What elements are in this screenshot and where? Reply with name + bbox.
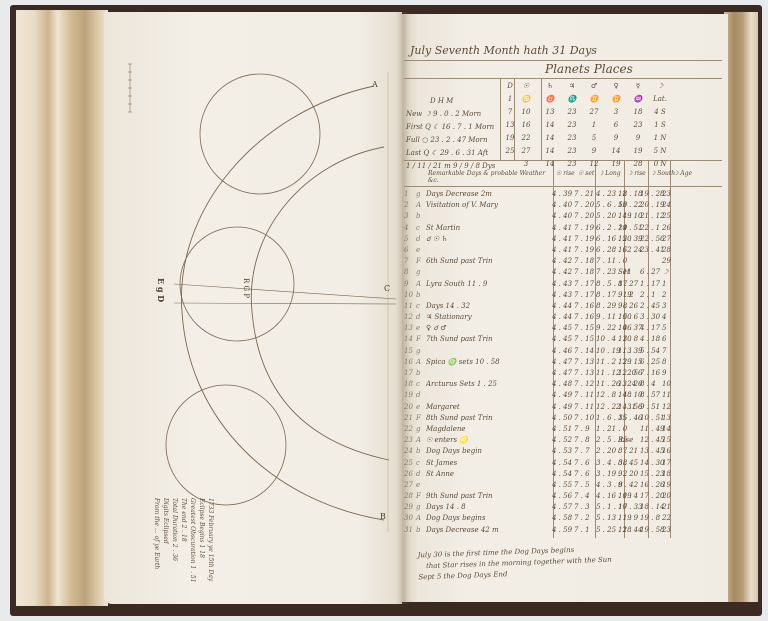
- calendar-value: 9 . 20: [618, 470, 640, 481]
- calendar-value: 1 . 21 . 0: [596, 425, 618, 436]
- calendar-value: 4 . 50: [552, 414, 574, 425]
- day-number: 18: [404, 380, 416, 391]
- day-number: 5: [404, 235, 416, 246]
- dominical-letter: e: [416, 403, 426, 414]
- calendar-value: 11 . 39: [618, 347, 640, 358]
- calendar-value: 2 . 1: [640, 291, 662, 302]
- calendar-value: 4 . 57: [552, 503, 574, 514]
- event-text: [426, 246, 552, 257]
- day-number: 31: [404, 526, 416, 537]
- calendar-value: 6 . 27: [640, 268, 662, 279]
- dominical-letter: e: [416, 481, 426, 492]
- calendar-value: 16 . 24: [618, 246, 640, 257]
- dominical-letter: g: [416, 268, 426, 279]
- calendar-value: 7 . 6: [574, 470, 596, 481]
- day-number: 20: [404, 403, 416, 414]
- dominical-letter: c: [416, 459, 426, 470]
- dominical-letter: F: [416, 335, 426, 346]
- calendar-value: 9 . 51: [640, 403, 662, 414]
- calendar-row: 21F8th Sund past Trin4 . 507 . 101 . 6 .…: [404, 414, 714, 425]
- calendar-row: 8g4 . 427 . 187 . 23 . 11Set6 . 27☽: [404, 268, 714, 279]
- planet-cell: 14: [540, 119, 560, 132]
- calendar-value: 26: [662, 224, 684, 235]
- calendar-value: 4 . 42: [552, 268, 574, 279]
- calendar-value: 3 . 30: [640, 313, 662, 324]
- calendar-value: 10: [662, 380, 684, 391]
- calendar-value: 4 . 16 . 19: [596, 492, 618, 503]
- day-number: 14: [404, 335, 416, 346]
- zodiac-sign-icon: ♊: [584, 93, 604, 106]
- calendar-value: 17: [662, 459, 684, 470]
- day-number: 3: [404, 212, 416, 223]
- calendar-value: 8 . 5 . 17: [596, 280, 618, 291]
- calendar-value: 14 . 51: [618, 224, 640, 235]
- calendar-column-header: ☉ set: [578, 170, 594, 177]
- event-text: Lyra South 11 . 9: [426, 280, 552, 291]
- diagram-label-rgp: R G P: [242, 278, 250, 298]
- calendar-row: 24bDog Days begin4 . 537 . 72 . 20 . 78 …: [404, 447, 714, 458]
- eclipse-note-line: The end 2 . 18: [179, 498, 188, 608]
- calendar-value: 9: [662, 369, 684, 380]
- calendar-row: 28F9th Sund past Trin4 . 567 . 44 . 16 .…: [404, 492, 714, 503]
- dominical-letter: F: [416, 257, 426, 268]
- calendar-row: 9ALyra South 11 . 94 . 437 . 178 . 5 . 1…: [404, 280, 714, 291]
- calendar-value: 9 . 26: [618, 302, 640, 313]
- calendar-value: 13 . 45: [640, 447, 662, 458]
- calendar-value: 10 . 6: [618, 313, 640, 324]
- dominical-letter: b: [416, 291, 426, 302]
- rule: [404, 60, 722, 61]
- planet-cell: 5 N: [650, 145, 670, 158]
- planet-symbol-icon: ☉: [516, 80, 536, 93]
- calendar-value: 4 . 54: [552, 459, 574, 470]
- calendar-row: 4cSt Martin4 . 417 . 196 . 2 . 2914 . 51…: [404, 224, 714, 235]
- rule: [404, 78, 722, 79]
- calendar-value: 15 . 39: [618, 235, 640, 246]
- planet-cell: 1 N: [650, 132, 670, 145]
- dominical-letter: c: [416, 224, 426, 235]
- day-number: 23: [404, 436, 416, 447]
- day-number: 19: [404, 391, 416, 402]
- calendar-value: 3: [662, 302, 684, 313]
- diagram-label-a: A: [372, 80, 378, 89]
- calendar-row: 16ASpica ♍ sets 10 . 584 . 477 . 1311 . …: [404, 358, 714, 369]
- calendar-value: 4 . 54: [552, 470, 574, 481]
- planet-symbol-icon: ☽ Lat.: [650, 80, 670, 106]
- planet-cell: 16: [516, 119, 536, 132]
- eclipse-notes: 1733 February ye 15th Day Eclipse Begins…: [152, 498, 215, 608]
- calendar-value: 10 . 33: [618, 503, 640, 514]
- calendar-value: 4 . 23 . 8: [596, 190, 618, 201]
- calendar-value: 10 . 19 . 3: [596, 347, 618, 358]
- planet-symbol-icon: ♂: [584, 80, 604, 93]
- calendar-value: 4 . 39: [552, 190, 574, 201]
- calendar-value: 7 . 21: [574, 190, 596, 201]
- calendar-value: 8 . 17 . 19: [596, 291, 618, 302]
- calendar-value: 7 . 4: [574, 492, 596, 503]
- calendar-value: 8 . 4: [640, 380, 662, 391]
- event-text: Days Decrease 2m: [426, 190, 552, 201]
- calendar-value: 8 . 21: [618, 447, 640, 458]
- calendar-value: 7 . 18: [574, 257, 596, 268]
- zodiac-sign-icon: ♒: [628, 93, 648, 106]
- calendar-row: 18cArcturus Sets 1 . 254 . 487 . 1211 . …: [404, 380, 714, 391]
- day-number: 13: [404, 324, 416, 335]
- calendar-value: 13 . 26: [618, 380, 640, 391]
- event-text: St James: [426, 459, 552, 470]
- planet-cell: 14: [606, 145, 626, 158]
- dominical-letter: F: [416, 492, 426, 503]
- calendar-value: 2: [662, 291, 684, 302]
- calendar-value: 1: [662, 280, 684, 291]
- eclipse-note-line: Digits Eclipsed: [161, 498, 170, 608]
- calendar-column-header: ☽ Age: [673, 170, 692, 177]
- calendar-value: 4 . 48: [552, 380, 574, 391]
- event-text: Dog Days begins: [426, 514, 552, 525]
- calendar-value: 21: [662, 503, 684, 514]
- calendar-value: 4 . 43: [552, 291, 574, 302]
- eclipse-note-line: Greatest Obscuration 1 . 51: [188, 498, 197, 608]
- calendar-value: 2 . 45: [640, 302, 662, 313]
- diagram-label-egd: E g D: [156, 278, 166, 302]
- calendar-row: 27e4 . 557 . 54 . 3 . 89 . 4216 . 2619: [404, 481, 714, 492]
- calendar-value: 7 . 11 . 0: [596, 257, 618, 268]
- planets-places-heading: Planets Places: [545, 62, 633, 76]
- calendar-value: 14 . 30: [640, 459, 662, 470]
- dominical-letter: e: [416, 324, 426, 335]
- calendar-value: 7 . 20: [574, 212, 596, 223]
- calendar-value: 12 . 44: [618, 526, 640, 537]
- day-number: 27: [404, 481, 416, 492]
- planet-cell: 14: [540, 145, 560, 158]
- calendar-row: 29gDays 14 . 84 . 577 . 35 . 1 . 1710 . …: [404, 503, 714, 514]
- calendar-value: 7 . 18: [574, 268, 596, 279]
- dominical-letter: c: [416, 380, 426, 391]
- calendar-value: 23 . 41: [640, 246, 662, 257]
- calendar-value: 14 . 10: [618, 391, 640, 402]
- calendar-value: 4 . 44: [552, 302, 574, 313]
- day-number: 26: [404, 470, 416, 481]
- calendar-row: 25cSt James4 . 547 . 63 . 4 . 388 . 4514…: [404, 459, 714, 470]
- calendar-value: 4 . 18: [640, 335, 662, 346]
- day-number: 29: [404, 503, 416, 514]
- calendar-value: 5: [662, 324, 684, 335]
- event-text: 6th Sund past Trin: [426, 257, 552, 268]
- dominical-letter: A: [416, 358, 426, 369]
- planet-cell: 1: [584, 119, 604, 132]
- calendar-value: 6 . 25: [640, 358, 662, 369]
- calendar-value: Rise: [618, 436, 640, 447]
- calendar-value: 8 . 27: [618, 280, 640, 291]
- calendar-value: 12 . 18: [618, 190, 640, 201]
- calendar-value: 18 . 14: [640, 503, 662, 514]
- planet-cell: 22: [516, 132, 536, 145]
- day-number: 28: [404, 492, 416, 503]
- planet-column: ♄♉1314141414: [540, 80, 560, 171]
- calendar-value: 7 . 16: [640, 369, 662, 380]
- calendar-value: 14: [662, 425, 684, 436]
- calendar-row: 30ADog Days begins4 . 587 . 25 . 13 . 19…: [404, 514, 714, 525]
- calendar-value: 4 . 46: [552, 347, 574, 358]
- calendar-value: 5 . 13 . 19: [596, 514, 618, 525]
- event-text: Margaret: [426, 403, 552, 414]
- calendar-value: 8 . 57: [640, 391, 662, 402]
- planet-cell: 27: [516, 145, 536, 158]
- planet-symbol-icon: ☿: [628, 80, 648, 93]
- calendar-column-header: ☽ South: [650, 170, 675, 177]
- event-text: [426, 369, 552, 380]
- calendar-value: 5 . 54: [640, 347, 662, 358]
- calendar-row: 11cDays 14 . 324 . 447 . 168 . 29 . 89 .…: [404, 302, 714, 313]
- day-number: 2: [404, 201, 416, 212]
- calendar-value: 7 . 19: [574, 246, 596, 257]
- calendar-row: 5d☌ ☉ ♄4 . 417 . 196 . 16 . 2015 . 3922 …: [404, 235, 714, 246]
- event-text: St Anne: [426, 470, 552, 481]
- day-number: 24: [404, 447, 416, 458]
- event-text: Magdalene: [426, 425, 552, 436]
- dominical-letter: d: [416, 470, 426, 481]
- calendar-value: 19 . 8: [640, 514, 662, 525]
- calendar-value: 7 . 9: [574, 425, 596, 436]
- dominical-letter: A: [416, 514, 426, 525]
- calendar-column-header: ☉ rise: [556, 170, 575, 177]
- calendar-value: 3 . 4 . 38: [596, 459, 618, 470]
- calendar-value: [640, 257, 662, 268]
- calendar-row: 13e♀ ☌ ♂4 . 457 . 159 . 22 . 4610 . 374 …: [404, 324, 714, 335]
- planet-cell: 27: [584, 106, 604, 119]
- calendar-value: 4 . 3 . 8: [596, 481, 618, 492]
- planet-column: ☽ Lat.4 S1 S1 N5 N0 N: [650, 80, 670, 171]
- dominical-letter: d: [416, 391, 426, 402]
- calendar-value: 8 . 29 . 8: [596, 302, 618, 313]
- calendar-value: 28: [662, 246, 684, 257]
- event-text: Days Decrease 42 m: [426, 526, 552, 537]
- astronomical-diagram: [104, 12, 402, 604]
- calendar-value: ☽: [662, 268, 684, 279]
- diagram-label-b: B: [380, 512, 386, 521]
- event-text: [426, 268, 552, 279]
- calendar-value: 11 . 2 . 29: [596, 358, 618, 369]
- moon-phase-row: Full ○ 23 . 2 . 47 Morn: [406, 134, 506, 147]
- dominical-letter: e: [416, 246, 426, 257]
- calendar-row: 19d4 . 497 . 1112 . 8 . 4814 . 108 . 571…: [404, 391, 714, 402]
- calendar-row: 15g4 . 467 . 1410 . 19 . 311 . 395 . 547: [404, 347, 714, 358]
- calendar-value: Set: [618, 268, 640, 279]
- calendar-value: [618, 425, 640, 436]
- event-text: Spica ♍ sets 10 . 58: [426, 358, 552, 369]
- planet-cell: 13: [540, 106, 560, 119]
- calendar-value: 7 . 20: [574, 201, 596, 212]
- calendar-value: 7 . 6: [574, 459, 596, 470]
- calendar-value: 5 . 1 . 17: [596, 503, 618, 514]
- page-edges-left: [16, 10, 108, 606]
- calendar-value: 4 . 40: [552, 212, 574, 223]
- calendar-value: 7 . 13: [574, 369, 596, 380]
- calendar-value: 4 . 51: [552, 425, 574, 436]
- calendar-value: 16: [662, 447, 684, 458]
- calendar-value: 11 . 26 . 24: [596, 380, 618, 391]
- planet-cell: 9: [628, 132, 648, 145]
- day-number: 16: [404, 358, 416, 369]
- calendar-value: 12 . 22 . 31: [596, 403, 618, 414]
- moon-phases: D H M New ☽ 9 . 0 . 2 Morn First Q ☾ 16 …: [406, 95, 506, 173]
- calendar-column-header: ☽ Long: [598, 170, 621, 177]
- calendar-value: 4 . 58: [552, 514, 574, 525]
- calendar-value: 9 . 22 . 46: [596, 324, 618, 335]
- calendar-row: 6e4 . 417 . 196 . 28 . 5216 . 2423 . 412…: [404, 246, 714, 257]
- planet-column: ☿♒182391928: [628, 80, 648, 171]
- calendar-value: 7 . 7: [574, 447, 596, 458]
- calendar-value: 22 . 56: [640, 235, 662, 246]
- calendar-value: 20: [662, 492, 684, 503]
- calendar-value: 12 . 8 . 48: [596, 391, 618, 402]
- calendar-value: 1 . 6 . 35: [596, 414, 618, 425]
- calendar-value: 4 . 44: [552, 313, 574, 324]
- day-number: 9: [404, 280, 416, 291]
- dominical-letter: g: [416, 347, 426, 358]
- calendar-value: 6 . 16 . 20: [596, 235, 618, 246]
- dominical-letter: d: [416, 313, 426, 324]
- calendar-value: 4: [662, 313, 684, 324]
- calendar-value: 2 . 5 . 35: [596, 436, 618, 447]
- calendar-value: 14 . 56: [618, 403, 640, 414]
- calendar-value: 17 . 20: [640, 492, 662, 503]
- calendar-value: 4 . 43: [552, 280, 574, 291]
- calendar-table: 1gDays Decrease 2m4 . 397 . 214 . 23 . 8…: [404, 190, 714, 537]
- planet-column: ♃♏2323232323: [562, 80, 582, 171]
- eclipse-note-line: From the ... of ye Earth: [152, 498, 161, 608]
- calendar-value: 13: [662, 414, 684, 425]
- zodiac-sign-icon: ♏: [562, 93, 582, 106]
- calendar-value: 20 . 19: [640, 201, 662, 212]
- calendar-value: 5 . 6 . 50: [596, 201, 618, 212]
- calendar-value: 19 . 58: [640, 526, 662, 537]
- calendar-value: 4 . 41: [552, 224, 574, 235]
- calendar-value: 4 . 53: [552, 447, 574, 458]
- calendar-value: 10 . 4 . 30: [596, 335, 618, 346]
- calendar-row: 2AVisitation of V. Mary4 . 407 . 205 . 6…: [404, 201, 714, 212]
- eclipse-note-line: Eclipse Begins 1 18: [197, 498, 206, 608]
- calendar-value: 22: [662, 514, 684, 525]
- dominical-letter: b: [416, 526, 426, 537]
- calendar-value: 8: [662, 358, 684, 369]
- calendar-value: 4 . 52: [552, 436, 574, 447]
- day-number: 8: [404, 268, 416, 279]
- planet-symbol-icon: ♃: [562, 80, 582, 93]
- planet-symbol-icon: ♄: [540, 80, 560, 93]
- day-number: 1: [404, 190, 416, 201]
- calendar-value: 10 . 4: [618, 492, 640, 503]
- moon-phase-icon: ☽: [425, 110, 431, 118]
- event-text: Dog Days begin: [426, 447, 552, 458]
- day-number: 10: [404, 291, 416, 302]
- event-text: [426, 391, 552, 402]
- rule: [404, 186, 722, 187]
- dominical-letter: b: [416, 369, 426, 380]
- calendar-value: [618, 257, 640, 268]
- day-number: 30: [404, 514, 416, 525]
- calendar-value: 7 . 15: [574, 324, 596, 335]
- calendar-row: 14F7th Sund past Trin4 . 457 . 1510 . 4 …: [404, 335, 714, 346]
- calendar-row: 1gDays Decrease 2m4 . 397 . 214 . 23 . 8…: [404, 190, 714, 201]
- dominical-letter: A: [416, 201, 426, 212]
- calendar-value: 4 . 45: [552, 335, 574, 346]
- calendar-value: 11 . 9: [618, 514, 640, 525]
- event-text: [426, 212, 552, 223]
- planet-cell: 23: [562, 145, 582, 158]
- calendar-value: 4 . 55: [552, 481, 574, 492]
- calendar-value: 15 . 23: [640, 470, 662, 481]
- calendar-value: 2 . 20 . 7: [596, 447, 618, 458]
- event-text: [426, 481, 552, 492]
- planet-cell: 4 S: [650, 106, 670, 119]
- dominical-letter: b: [416, 212, 426, 223]
- event-text: ♃ Stationary: [426, 313, 552, 324]
- calendar-value: 27: [662, 235, 684, 246]
- event-text: [426, 291, 552, 302]
- calendar-value: 7 . 16: [574, 313, 596, 324]
- calendar-value: 7 . 14: [574, 347, 596, 358]
- planet-cell: 5: [584, 132, 604, 145]
- calendar-value: 7 . 19: [574, 235, 596, 246]
- moon-phase-icon: ☾: [433, 123, 439, 131]
- calendar-value: 12 . 45: [640, 436, 662, 447]
- calendar-row: 20eMargaret4 . 497 . 1112 . 22 . 3114 . …: [404, 403, 714, 414]
- calendar-value: 6 . 28 . 52: [596, 246, 618, 257]
- day-number: 21: [404, 414, 416, 425]
- calendar-value: 14 . 10: [618, 212, 640, 223]
- calendar-value: 7 . 8: [574, 436, 596, 447]
- planet-column: ♂♊2715912: [584, 80, 604, 171]
- calendar-value: 4 . 47: [552, 358, 574, 369]
- calendar-value: 11 . 8: [618, 335, 640, 346]
- calendar-row: 12d♃ Stationary4 . 447 . 169 . 11 . 5010…: [404, 313, 714, 324]
- moon-phases-header: D H M: [406, 95, 506, 108]
- footer-notes: July 30 is the first time the Dog Days b…: [417, 544, 612, 584]
- day-number: 25: [404, 459, 416, 470]
- calendar-value: 4 . 42: [552, 257, 574, 268]
- calendar-value: 11: [662, 391, 684, 402]
- calendar-value: 1 . 17: [640, 280, 662, 291]
- dominical-letter: g: [416, 503, 426, 514]
- calendar-row: 22gMagdalene4 . 517 . 91 . 21 . 011 . 49…: [404, 425, 714, 436]
- day-number: 6: [404, 246, 416, 257]
- calendar-value: 7 . 17: [574, 291, 596, 302]
- calendar-value: 4 . 59: [552, 526, 574, 537]
- calendar-value: 15: [662, 436, 684, 447]
- dominical-letter: F: [416, 414, 426, 425]
- calendar-value: 7 . 17: [574, 280, 596, 291]
- planet-cell: 23: [562, 132, 582, 145]
- event-text: Visitation of V. Mary: [426, 201, 552, 212]
- calendar-value: 4 . 49: [552, 391, 574, 402]
- calendar-value: 7 . 15: [574, 335, 596, 346]
- day-number: 12: [404, 313, 416, 324]
- calendar-value: 22 . 1: [640, 224, 662, 235]
- planet-cell: 14: [540, 132, 560, 145]
- planet-cell: 9: [584, 145, 604, 158]
- planet-cell: 19: [628, 145, 648, 158]
- calendar-value: 7 . 11: [574, 391, 596, 402]
- calendar-row: 10b4 . 437 . 178 . 17 . 199 . 22 . 12: [404, 291, 714, 302]
- dominical-letter: b: [416, 447, 426, 458]
- calendar-value: 7 . 1: [574, 526, 596, 537]
- calendar-value: 29: [662, 257, 684, 268]
- calendar-value: 18: [662, 470, 684, 481]
- calendar-value: 16 . 26: [640, 481, 662, 492]
- diagram-label-c: C: [384, 284, 390, 293]
- moon-phase-icon: ○: [422, 136, 428, 144]
